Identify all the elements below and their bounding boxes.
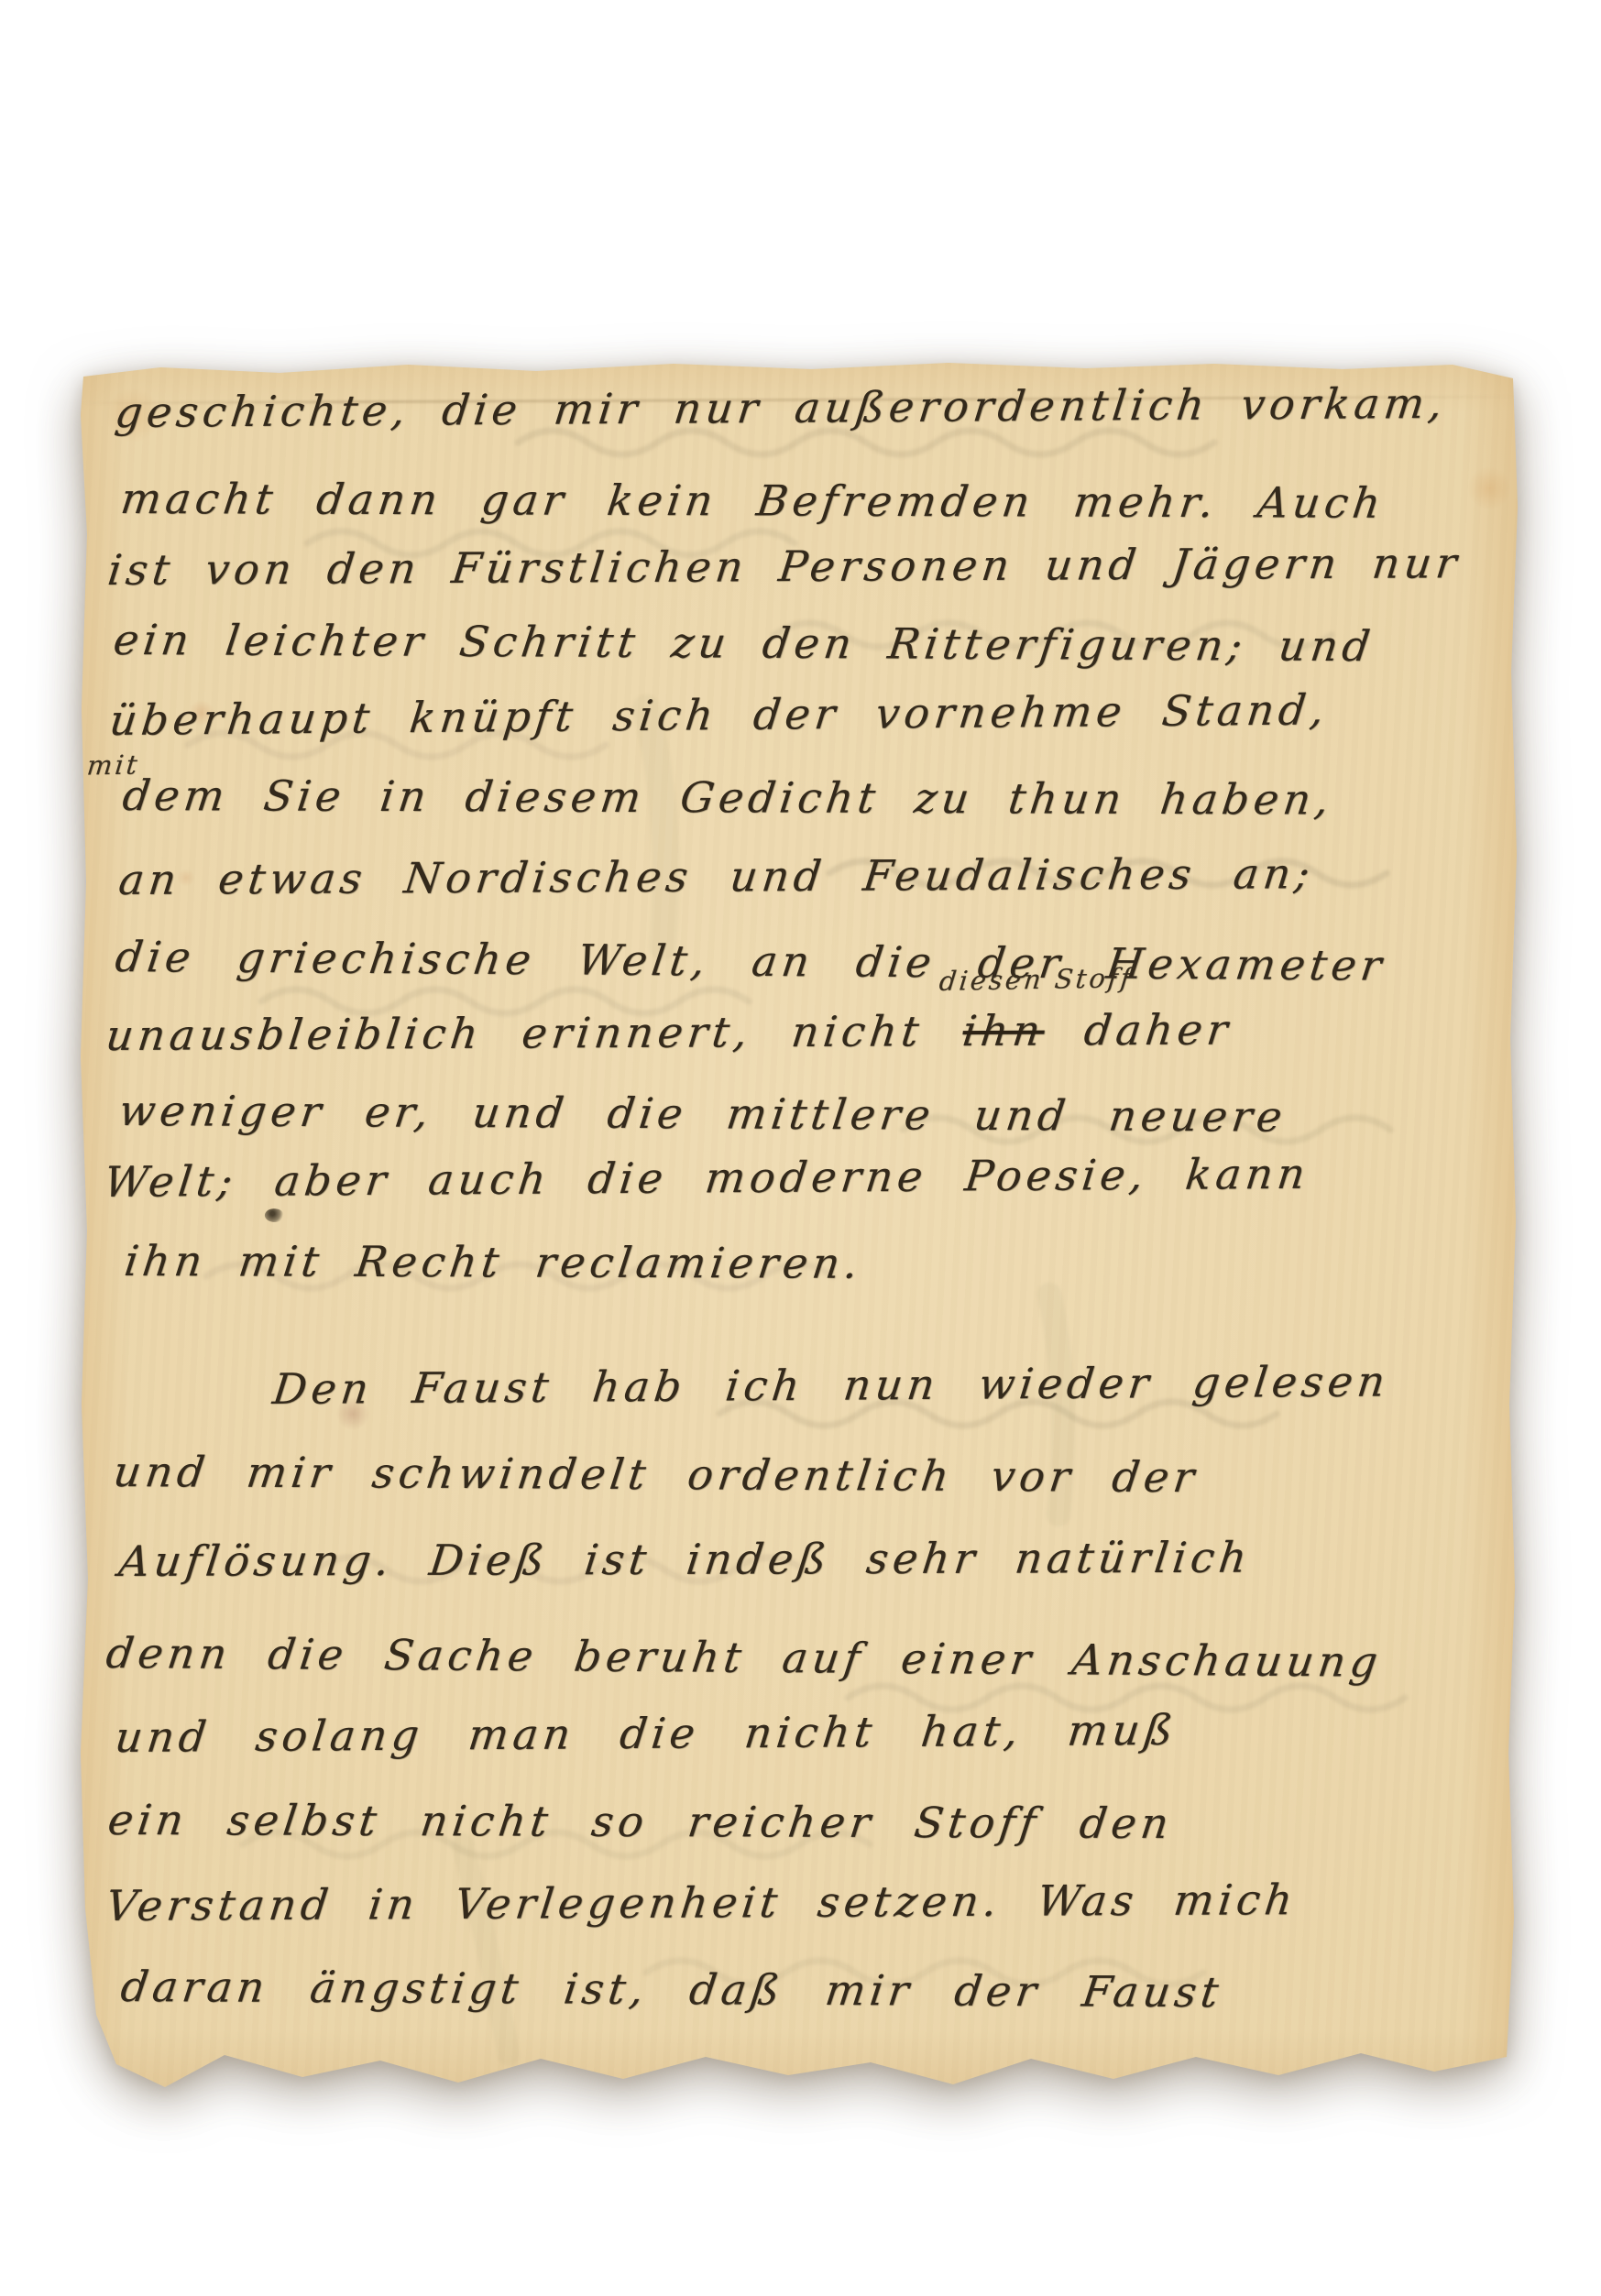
handwriting-line-12: ihn mit Recht reclamieren.: [122, 1238, 865, 1286]
handwriting-line-4: ein leichter Schritt zu den Ritterfigure…: [111, 617, 1377, 670]
handwriting-line-19: Verstand in Verlegenheit setzen. Was mic…: [104, 1876, 1299, 1929]
handwriting-line-14: und mir schwindelt ordentlich vor der: [111, 1449, 1201, 1501]
line-9-text-before-correction: unausbleiblich erinnert, nicht: [104, 1006, 966, 1060]
handwriting-line-2: macht dann gar kein Befremden mehr. Auch: [118, 476, 1387, 526]
line-9-text-after-correction: daher: [1042, 1005, 1235, 1055]
handwriting-line-17: und solang man die nicht hat, muß: [113, 1707, 1179, 1761]
handwriting-line-11: Welt; aber auch die moderne Poesie, kann: [102, 1151, 1311, 1206]
handwriting-line-10: weniger er, und die mittlere und neuere: [116, 1088, 1289, 1140]
letter-photo: geschichte, die mir nur außerordentlich …: [0, 0, 1601, 2296]
handwriting-line-7: an etwas Nordisches und Feudalisches an;: [116, 850, 1317, 902]
margin-insertion-word: mit: [85, 751, 140, 779]
handwriting-line-13: Den Faust hab ich nun wieder gelesen: [270, 1358, 1392, 1412]
handwriting-line-5: überhaupt knüpft sich der vornehme Stand…: [107, 686, 1331, 743]
handwriting-line-9: unausbleiblich erinnert, nicht ihn daher: [104, 1007, 1234, 1059]
letter-paper: geschichte, die mir nur außerordentlich …: [78, 360, 1521, 2099]
interlinear-insertion: diesen Stoff: [938, 965, 1134, 995]
handwriting-line-15: Auflösung. Dieß ist indeß sehr natürlich: [116, 1535, 1254, 1585]
handwriting-line-16: denn die Sache beruht auf einer Anschauu…: [104, 1630, 1385, 1685]
handwriting-line-3: ist von den Fürstlichen Personen und Jäg…: [105, 540, 1464, 593]
handwriting-line-20: daran ängstigt ist, daß mir der Faust: [118, 1963, 1225, 2016]
handwriting-line-8: die griechische Welt, an die der Hexamet…: [113, 934, 1388, 989]
paper-shadow: geschichte, die mir nur außerordentlich …: [78, 360, 1521, 2099]
strikethrough-word: ihn: [960, 1006, 1047, 1055]
handwriting-line-18: ein selbst nicht so reicher Stoff den: [105, 1797, 1176, 1847]
handwriting-line-1: geschichte, die mir nur außerordentlich …: [113, 380, 1449, 436]
handwriting-line-6: dem Sie in diesem Gedicht zu thun haben,: [120, 772, 1336, 823]
